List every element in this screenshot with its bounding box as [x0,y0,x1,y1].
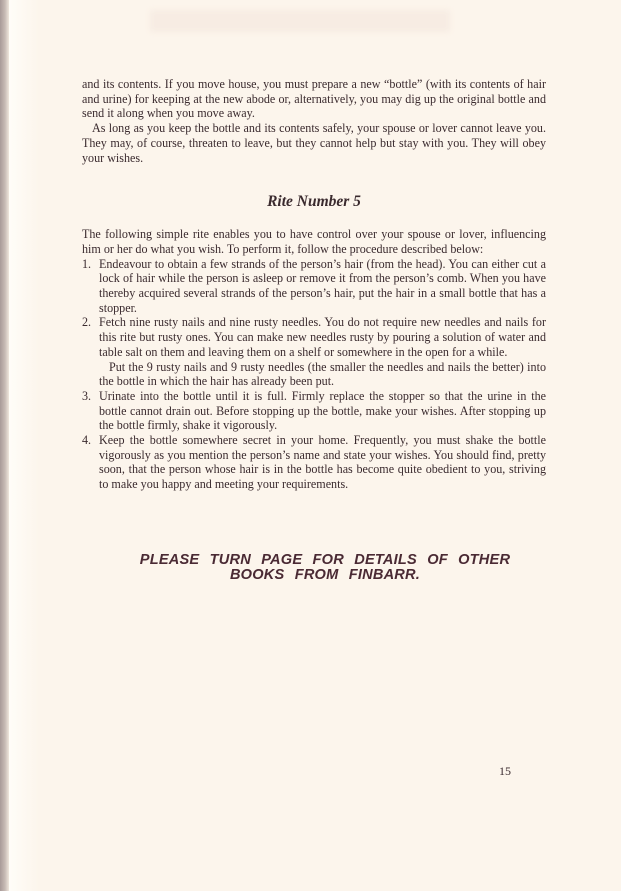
bleed-through-text [150,10,450,32]
intro-paragraph-1: and its contents. If you move house, you… [82,77,546,121]
list-item: 1. Endeavour to obtain a few strands of … [82,257,546,316]
list-item: 3. Urinate into the bottle until it is f… [82,389,546,433]
section-intro: The following simple rite enables you to… [82,227,546,256]
step-text: Endeavour to obtain a few strands of the… [99,257,546,316]
page-gutter-shade [9,0,39,891]
step-subparagraph: Put the 9 rusty nails and 9 rusty needle… [99,360,546,389]
turn-page-notice: PLEASE TURN PAGE FOR DETAILS OF OTHER BO… [100,553,550,583]
page-number: 15 [499,764,511,779]
notice-line-1: PLEASE TURN PAGE FOR DETAILS OF OTHER [100,553,550,568]
list-item: 2. Fetch nine rusty nails and nine rusty… [82,315,546,389]
book-spine-shadow [0,0,9,891]
steps-list: 1. Endeavour to obtain a few strands of … [82,257,546,492]
step-number: 4. [82,433,91,448]
notice-line-2: BOOKS FROM FINBARR. [100,568,550,583]
step-number: 1. [82,257,91,272]
step-text: Fetch nine rusty nails and nine rusty ne… [99,315,546,359]
intro-paragraph-2: As long as you keep the bottle and its c… [82,121,546,165]
section-heading: Rite Number 5 [82,193,546,211]
step-text: Keep the bottle somewhere secret in your… [99,433,546,492]
list-item: 4. Keep the bottle somewhere secret in y… [82,433,546,492]
step-text: Urinate into the bottle until it is full… [99,389,546,433]
step-number: 3. [82,389,91,404]
step-number: 2. [82,315,91,330]
page-body: and its contents. If you move house, you… [82,77,546,492]
